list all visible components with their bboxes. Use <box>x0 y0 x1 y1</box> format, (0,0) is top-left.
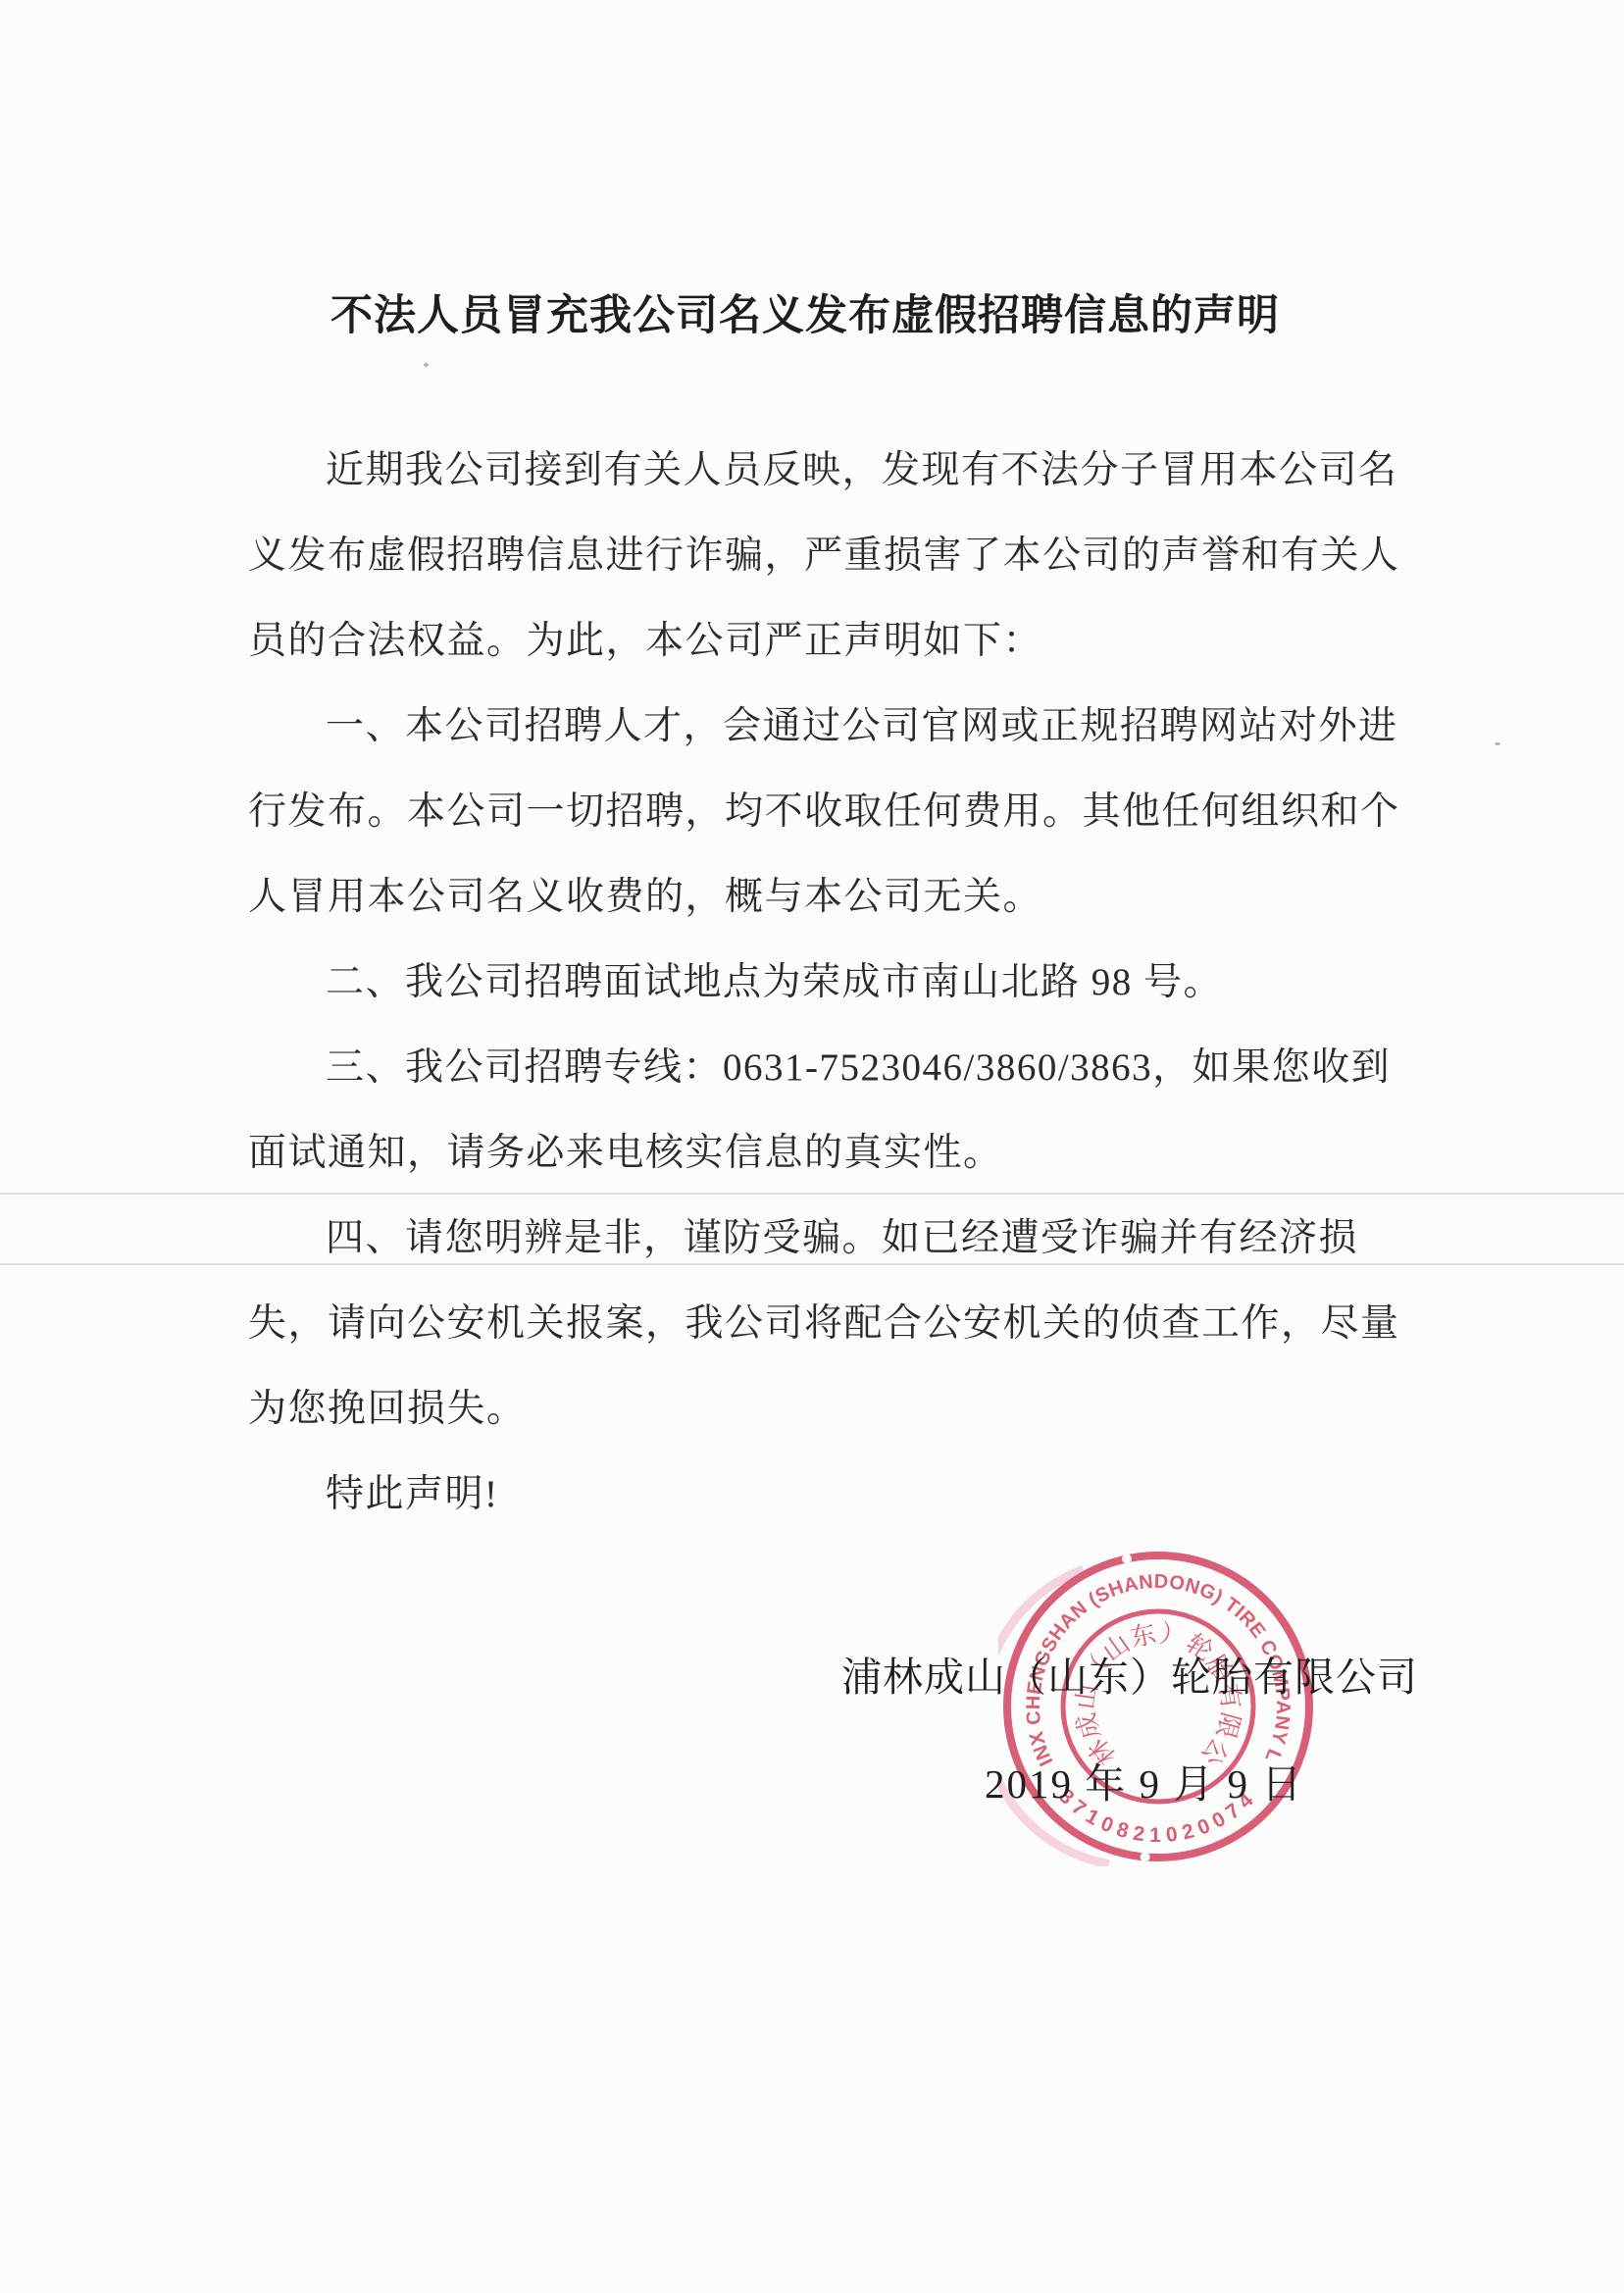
body-line: 行发布。本公司一切招聘，均不收取任何费用。其他任何组织和个 <box>248 769 1366 854</box>
body-line: 一、本公司招聘人才，会通过公司官网或正规招聘网站对外进 <box>248 684 1366 769</box>
body-line: 近期我公司接到有关人员反映，发现有不法分子冒用本公司名 <box>248 428 1366 513</box>
seal-outer-ring <box>1007 1555 1309 1858</box>
scan-speck <box>1495 742 1500 745</box>
body-line: 三、我公司招聘专线：0631-7523046/3860/3863，如果您收到 <box>248 1025 1366 1110</box>
scan-speck <box>424 363 429 367</box>
scanned-document-page: 不法人员冒充我公司名义发布虚假招聘信息的声明 近期我公司接到有关人员反映，发现有… <box>0 0 1624 2293</box>
body-line: 义发布虚假招聘信息进行诈骗，严重损害了本公司的声誉和有关人 <box>248 513 1366 598</box>
body-line: 面试通知，请务必来电核实信息的真实性。 <box>248 1110 1366 1196</box>
scan-artifact-line <box>0 1263 1624 1265</box>
signature-company: 浦林成山（山东）轮胎有限公司 <box>841 1645 1418 1703</box>
body-line: 二、我公司招聘面试地点为荣成市南山北路 98 号。 <box>248 940 1366 1025</box>
signature-date: 2019 年 9 月 9 日 <box>985 1752 1303 1809</box>
scan-artifact-line <box>0 1193 1624 1195</box>
seal-ring-gap <box>1141 1852 1150 1861</box>
body-line: 四、请您明辨是非，谨防受骗。如已经遭受诈骗并有经济损 <box>248 1196 1366 1281</box>
body-line: 特此声明! <box>248 1452 1366 1537</box>
seal-ring-gap <box>1122 1554 1132 1563</box>
document-body: 近期我公司接到有关人员反映，发现有不法分子冒用本公司名 义发布虚假招聘信息进行诈… <box>248 428 1366 1537</box>
body-line: 人冒用本公司名义收费的，概与本公司无关。 <box>248 854 1366 940</box>
body-line: 员的合法权益。为此，本公司严正声明如下： <box>248 598 1366 684</box>
company-seal: PRINX CHENGSHAN (SHANDONG) TIRE COMPANY … <box>998 1547 1318 1866</box>
document-title: 不法人员冒充我公司名义发布虚假招聘信息的声明 <box>248 282 1362 342</box>
body-line: 失，请向公安机关报案，我公司将配合公安机关的侦查工作，尽量 <box>248 1281 1366 1366</box>
body-line: 为您挽回损失。 <box>248 1366 1366 1452</box>
